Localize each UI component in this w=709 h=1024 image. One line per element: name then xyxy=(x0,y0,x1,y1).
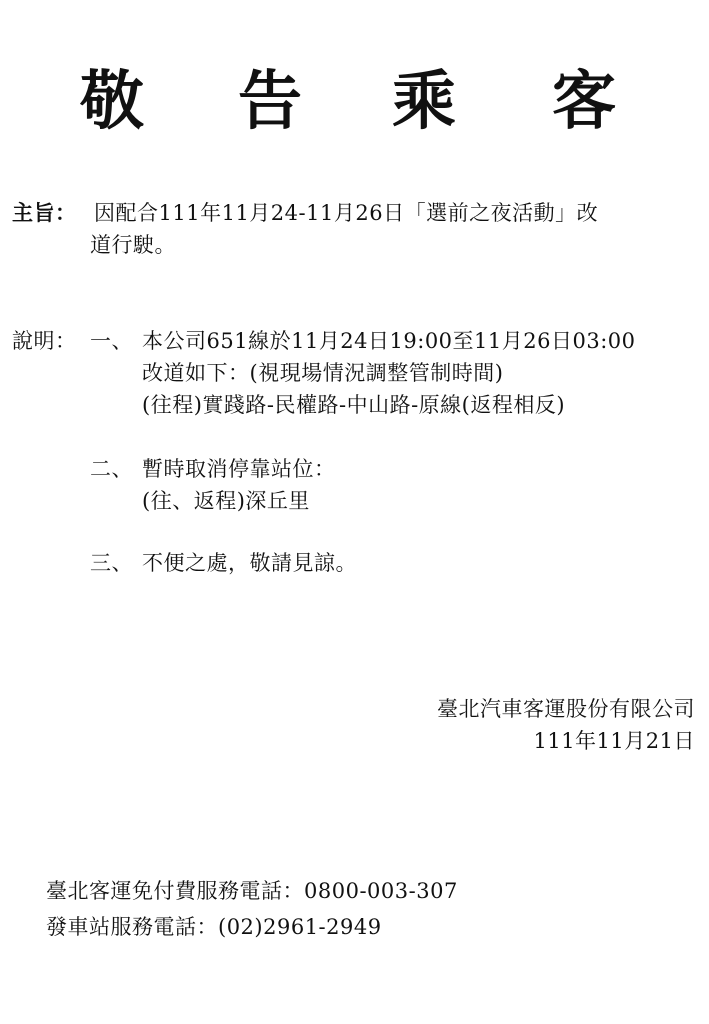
title-char: 敬 xyxy=(80,62,144,142)
item-line: 暫時取消停靠站位： xyxy=(142,454,336,484)
issue-date: 111年11月21日 xyxy=(533,726,695,756)
item-line: 不便之處，敬請見諒。 xyxy=(142,548,357,578)
subject-text-line: 道行駛。 xyxy=(90,230,176,260)
hotline-phone: 臺北客運免付費服務電話：0800-003-307 xyxy=(46,876,458,906)
item-line: (往、返程)深丘里 xyxy=(142,486,310,516)
item-line: (往程)實踐路-民權路-中山路-原線(返程相反) xyxy=(142,390,565,420)
item-marker: 二、 xyxy=(90,454,133,484)
item-line: 本公司651線於11月24日19:00至11月26日03:00 xyxy=(142,326,636,356)
item-line: 改道如下：(視現場情況調整管制時間) xyxy=(142,358,503,388)
company-name: 臺北汽車客運股份有限公司 xyxy=(437,694,695,724)
title-char: 客 xyxy=(552,62,616,142)
explanation-label: 說明： xyxy=(12,326,77,356)
notice-title: 敬 告 乘 客 xyxy=(0,62,709,142)
subject-label: 主旨： xyxy=(12,198,77,228)
station-phone: 發車站服務電話：(02)2961-2949 xyxy=(46,912,382,942)
title-char: 乘 xyxy=(392,62,456,142)
subject-text-line: 因配合111年11月24-11月26日「選前之夜活動」改 xyxy=(94,198,598,228)
title-char: 告 xyxy=(238,62,302,142)
item-marker: 一、 xyxy=(90,326,133,356)
item-marker: 三、 xyxy=(90,548,133,578)
